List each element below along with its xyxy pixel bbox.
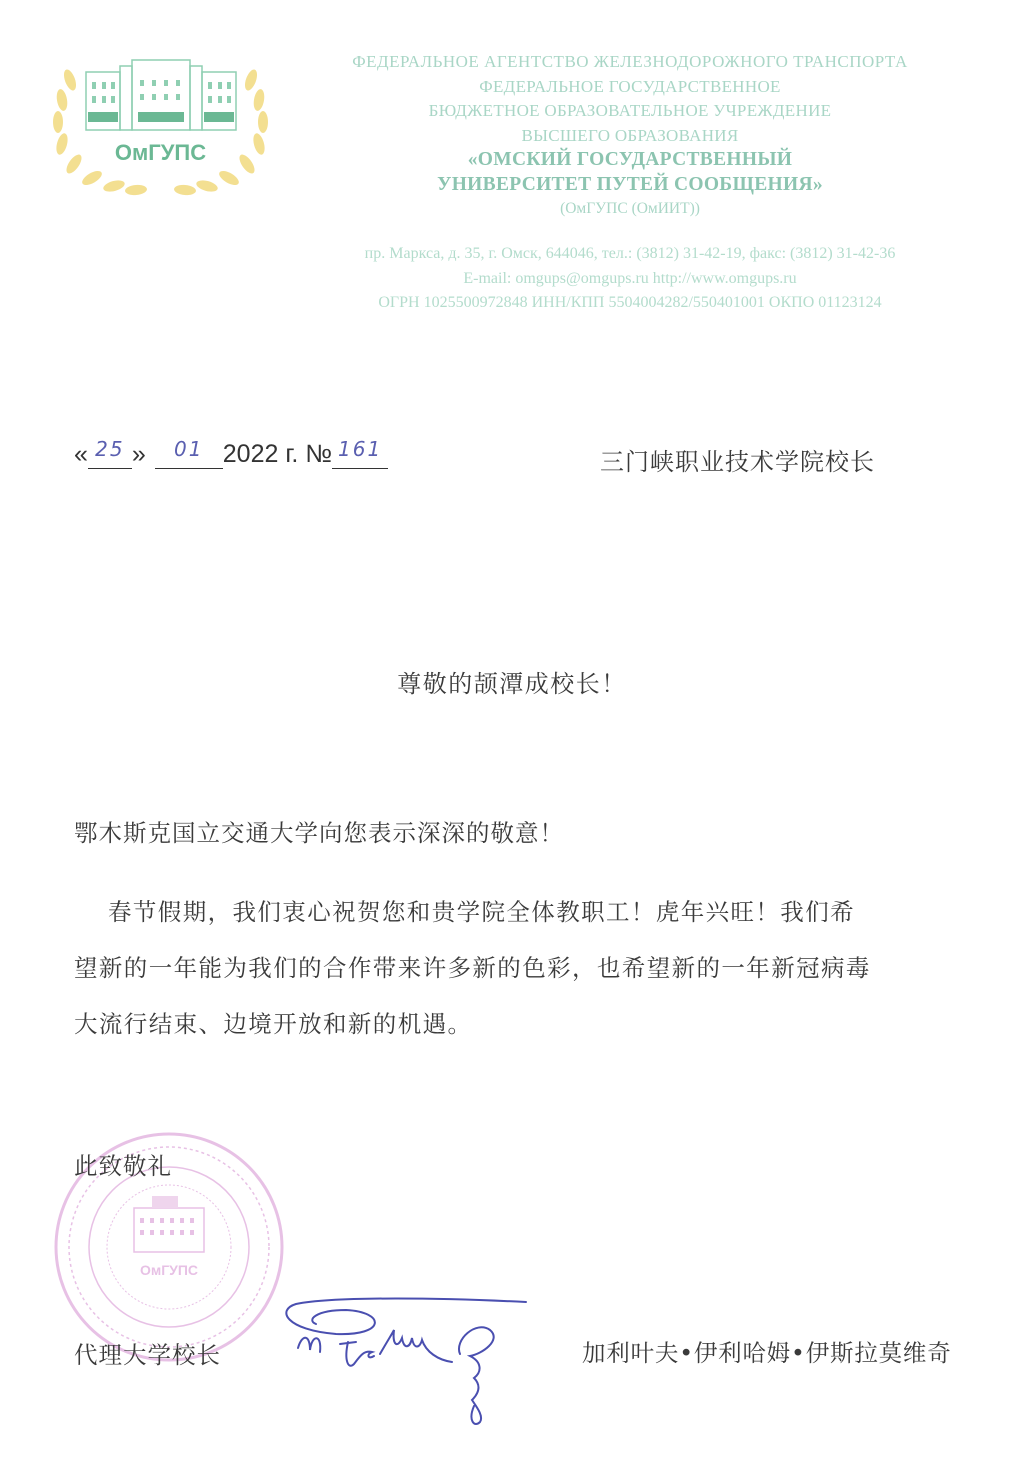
letterhead-abbreviation: (ОмГУПС (ОмИИТ)) bbox=[285, 197, 975, 222]
number-field: 161 bbox=[332, 440, 388, 469]
closing: 此致敬礼 bbox=[74, 1147, 172, 1181]
handwritten-month: 01 bbox=[155, 437, 223, 461]
salutation: 尊敬的颉潭成校长！ bbox=[0, 664, 1024, 699]
email-web-line: E-mail: omgups@omgups.ru http://www.omgu… bbox=[285, 267, 975, 292]
paragraph-line: 大流行结束、边境开放和新的机遇。 bbox=[74, 996, 974, 1052]
address-line: пр. Маркса, д. 35, г. Омск, 644046, тел.… bbox=[285, 242, 975, 267]
handwritten-number: 161 bbox=[332, 437, 388, 461]
handwritten-signature bbox=[276, 1290, 536, 1430]
signer-title: 代理大学校长 bbox=[74, 1336, 221, 1370]
letterhead-org-block: ФЕДЕРАЛЬНОЕ АГЕНТСТВО ЖЕЛЕЗНОДОРОЖНОГО Т… bbox=[285, 50, 975, 222]
letterhead-line: ФЕДЕРАЛЬНОЕ ГОСУДАРСТВЕННОЕ bbox=[285, 75, 975, 100]
day-field: 25 bbox=[88, 440, 132, 469]
greeting-line: 鄂木斯克国立交通大学向您表示深深的敬意！ bbox=[74, 814, 564, 848]
paragraph-line: 春节假期，我们衷心祝贺您和贵学院全体教职工！虎年兴旺！我们希 bbox=[74, 884, 974, 940]
laurel-building-logo-icon: ОмГУПС bbox=[48, 50, 273, 200]
letterhead-contacts: пр. Маркса, д. 35, г. Омск, 644046, тел.… bbox=[285, 242, 975, 316]
signature-icon bbox=[276, 1290, 536, 1430]
handwritten-day: 25 bbox=[88, 437, 132, 461]
open-quote: « bbox=[74, 440, 88, 468]
letterhead-university-name: УНИВЕРСИТЕТ ПУТЕЙ СООБЩЕНИЯ» bbox=[285, 173, 975, 198]
letterhead-agency: ФЕДЕРАЛЬНОЕ АГЕНТСТВО ЖЕЛЕЗНОДОРОЖНОГО Т… bbox=[285, 50, 975, 75]
reference-line: «25» 012022 г. №161 bbox=[74, 440, 388, 469]
letterhead-line: ВЫСШЕГО ОБРАЗОВАНИЯ bbox=[285, 124, 975, 149]
close-quote: » bbox=[132, 440, 146, 468]
registration-line: ОГРН 1025500972848 ИНН/КПП 5504004282/55… bbox=[285, 291, 975, 316]
letterhead-university-name: «ОМСКИЙ ГОСУДАРСТВЕННЫЙ bbox=[285, 148, 975, 173]
signer-name: 加利叶夫•伊利哈姆•伊斯拉莫维奇 bbox=[582, 1334, 952, 1368]
body-paragraph: 春节假期，我们衷心祝贺您和贵学院全体教职工！虎年兴旺！我们希 望新的一年能为我们… bbox=[74, 884, 974, 1052]
recipient: 三门峡职业技术学院校长 bbox=[600, 442, 875, 477]
letterhead-line: БЮДЖЕТНОЕ ОБРАЗОВАТЕЛЬНОЕ УЧРЕЖДЕНИЕ bbox=[285, 99, 975, 124]
paragraph-line: 望新的一年能为我们的合作带来许多新的色彩，也希望新的一年新冠病毒 bbox=[74, 940, 974, 996]
svg-text:ОмГУПС: ОмГУПС bbox=[115, 140, 206, 165]
month-field: 01 bbox=[155, 440, 223, 469]
year-number-label: 2022 г. № bbox=[223, 440, 332, 468]
university-logo: ОмГУПС bbox=[48, 50, 273, 200]
svg-text:ОмГУПС: ОмГУПС bbox=[140, 1262, 198, 1278]
